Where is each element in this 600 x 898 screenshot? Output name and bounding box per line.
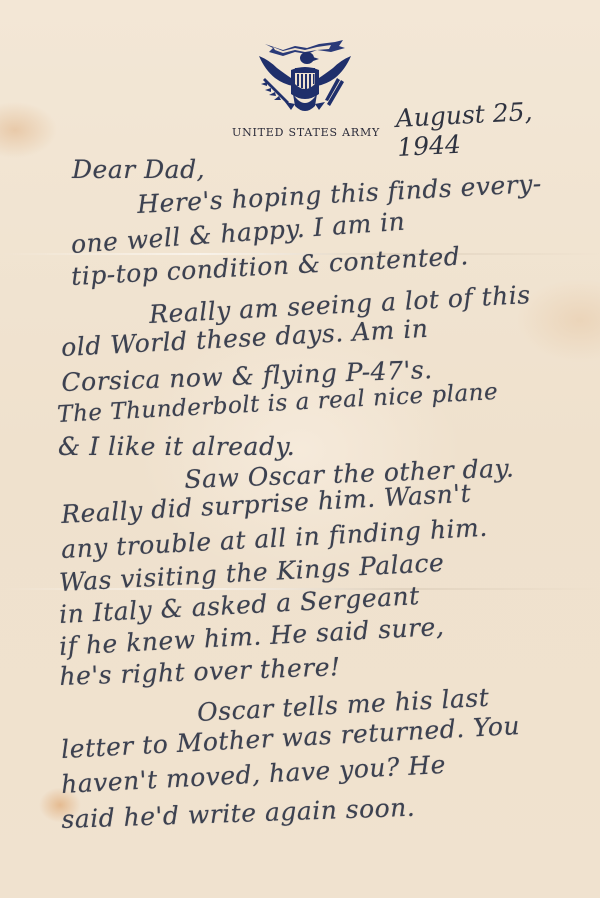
letter-page: UNITED STATES ARMY August 25, 1944 Dear … [0, 0, 600, 898]
letterhead-organization: UNITED STATES ARMY [232, 126, 380, 139]
us-army-eagle-emblem-icon [255, 38, 355, 120]
letter-salutation: Dear Dad, [72, 155, 205, 184]
letter-date: August 25, 1944 [395, 94, 600, 162]
letter-line: & I like it already. [58, 432, 295, 461]
letter-line: said he'd write again soon. [61, 793, 416, 834]
